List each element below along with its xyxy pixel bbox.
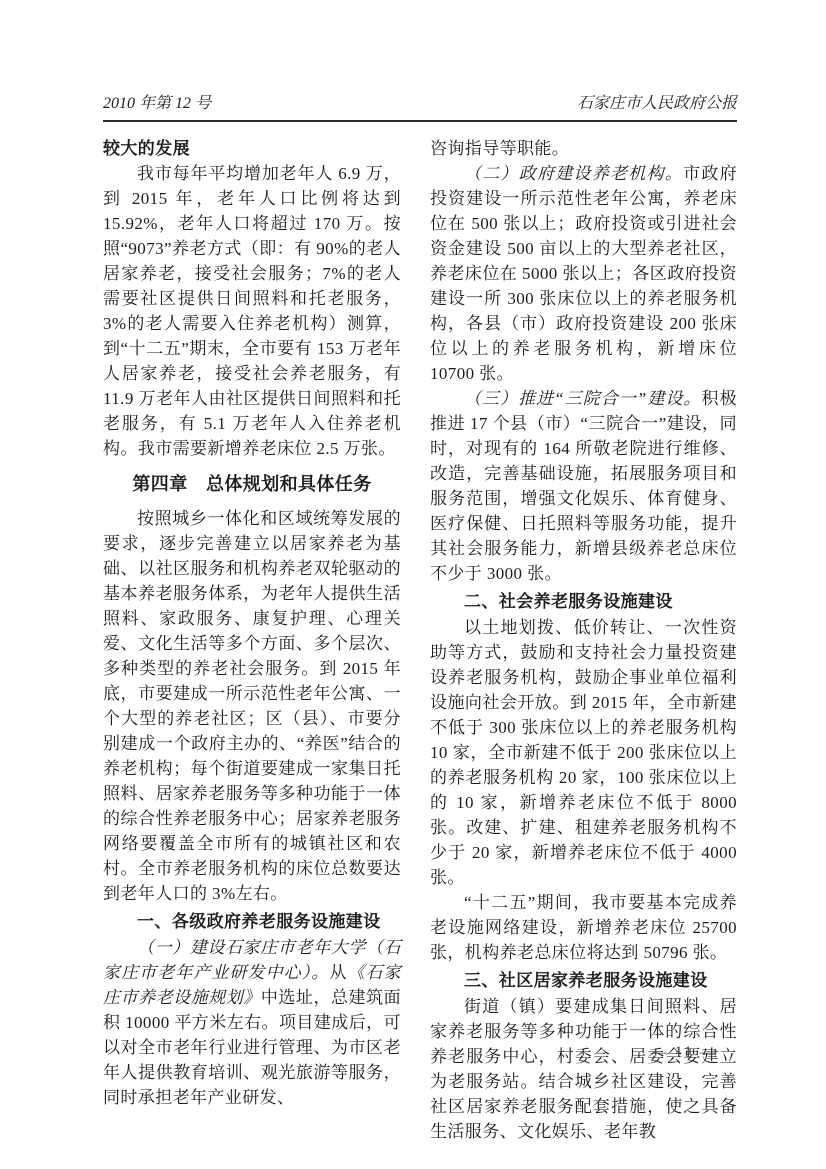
text-run: “十二五”期间，我市要基本完成养老设施网络建设，新增养老床位 25700 张，机… xyxy=(430,893,737,962)
paragraph: （三）推进“三院合一”建设。积极推进 17 个县（市）“三院合一”建设，同时，对… xyxy=(430,386,737,586)
paragraph: 按照城乡一体化和区域统筹发展的要求，逐步完善建立以居家养老为基础、以社区服务和机… xyxy=(103,506,401,906)
subhead-heading: 三、社区居家养老服务设施建设 xyxy=(430,968,737,993)
paragraph: 街道（镇）要建成集日间照料、居家养老服务等多种功能于一体的综合性养老服务中心，村… xyxy=(430,994,737,1144)
text-column-right: 咨询指导等职能。（二）政府建设养老机构。市政府投资建设一所示范性老年公寓，养老床… xyxy=(430,136,737,1144)
text-run: 以土地划拨、低价转让、一次性资助等方式，鼓励和支持社会力量投资建设养老服务机构，… xyxy=(430,618,737,887)
header-publication-title: 石家庄市人民政府公报 xyxy=(577,90,737,113)
paragraph: 咨询指导等职能。 xyxy=(430,136,737,161)
chapter-heading: 第四章 总体规划和具体任务 xyxy=(103,472,401,497)
text-run: 从 xyxy=(329,963,347,982)
text-run: 我市每年平均增加老年人 6.9 万，到 2015 年，老年人口比例将达到 15.… xyxy=(103,164,401,458)
text-column-left: 较大的发展我市每年平均增加老年人 6.9 万，到 2015 年，老年人口比例将达… xyxy=(103,136,401,1144)
paragraph: 我市每年平均增加老年人 6.9 万，到 2015 年，老年人口比例将达到 15.… xyxy=(103,161,401,461)
page-header: 2010 年第 12 号 石家庄市人民政府公报 xyxy=(103,90,737,122)
document-body: 较大的发展我市每年平均增加老年人 6.9 万，到 2015 年，老年人口比例将达… xyxy=(103,136,737,1144)
gazette-page: 2010 年第 12 号 石家庄市人民政府公报 较大的发展我市每年平均增加老年人… xyxy=(0,0,826,1169)
headline-heading: 较大的发展 xyxy=(103,136,401,161)
text-run: 市政府投资建设一所示范性老年公寓，养老床位在 500 张以上；政府投资或引进社会… xyxy=(430,164,737,383)
paragraph: “十二五”期间，我市要基本完成养老设施网络建设，新增养老床位 25700 张，机… xyxy=(430,890,737,965)
text-run: 咨询指导等职能。 xyxy=(430,139,569,158)
text-run: 积极推进 17 个县（市）“三院合一”建设，同时，对现有的 164 所敬老院进行… xyxy=(430,389,737,583)
kai-text-run: （三）推进“三院合一”建设。 xyxy=(464,389,702,408)
paragraph: （一）建设石家庄市老年大学（石家庄市老年产业研发中心）。从《石家庄市养老设施规划… xyxy=(103,935,401,1110)
paragraph: 以土地划拨、低价转让、一次性资助等方式，鼓励和支持社会力量投资建设养老服务机构，… xyxy=(430,615,737,890)
text-run: 街道（镇）要建成集日间照料、居家养老服务等多种功能于一体的综合性养老服务中心，村… xyxy=(430,997,737,1141)
subhead-heading: 一、各级政府养老服务设施建设 xyxy=(103,909,401,934)
paragraph: （二）政府建设养老机构。市政府投资建设一所示范性老年公寓，养老床位在 500 张… xyxy=(430,161,737,386)
header-issue-number: 2010 年第 12 号 xyxy=(103,90,211,113)
page-number: — 11 — xyxy=(651,1044,718,1062)
kai-text-run: （二）政府建设养老机构。 xyxy=(464,164,683,183)
subhead-heading: 二、社会养老服务设施建设 xyxy=(430,589,737,614)
text-run: 按照城乡一体化和区域统筹发展的要求，逐步完善建立以居家养老为基础、以社区服务和机… xyxy=(103,509,401,903)
